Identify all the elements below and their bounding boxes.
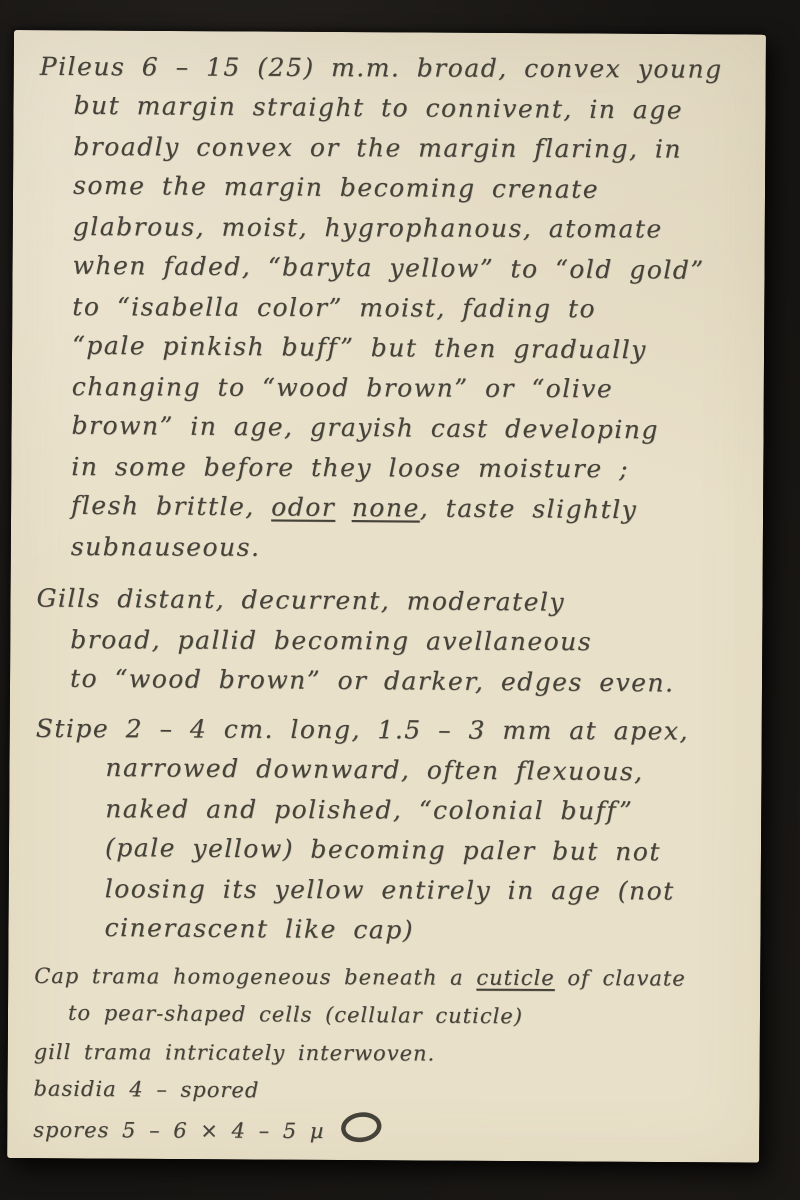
- handwriting-text: some the margin becoming crenate: [73, 171, 599, 204]
- handwriting-text: broadly convex or the margin flaring, in: [73, 132, 682, 163]
- handwriting-text: Pileus 6 – 15 (25) m.m. broad, convex yo…: [40, 52, 723, 84]
- handwriting-line: spores 5 – 6 × 4 – 5 µ: [33, 1109, 751, 1152]
- handwriting-text: cuticle: [476, 966, 554, 990]
- index-card: Pileus 6 – 15 (25) m.m. broad, convex yo…: [7, 30, 766, 1163]
- handwriting-text: basidia 4 – spored: [33, 1077, 259, 1103]
- handwriting-text: to pear-shaped cells (cellular cuticle): [68, 1001, 523, 1029]
- handwriting-line: broadly convex or the margin flaring, in: [73, 127, 757, 170]
- handwriting-text: glabrous, moist, hygrophanous, atomate: [73, 212, 663, 243]
- handwriting-text: brown” in age, grayish cast developing: [71, 411, 659, 445]
- handwriting-text: subnauseous.: [71, 532, 261, 562]
- handwriting-text: to “wood brown” or darker, edges even.: [70, 664, 675, 698]
- handwriting-line: Pileus 6 – 15 (25) m.m. broad, convex yo…: [40, 47, 758, 90]
- handwriting-line: “pale pinkish buff” but then gradually: [72, 326, 756, 371]
- handwriting-text: loosing its yellow entirely in age (not: [105, 874, 675, 905]
- handwriting-line: naked and polished, “colonial buff”: [105, 789, 753, 832]
- handwriting-text: , taste slightly: [420, 494, 638, 525]
- handwriting-text: in some before they loose moisture ;: [71, 452, 629, 483]
- handwriting-text: Cap trama homogeneous beneath a: [34, 964, 476, 990]
- handwriting-line: cinerascent like cap): [104, 908, 752, 953]
- handwriting-line: Gills distant, decurrent, moderately: [36, 579, 754, 625]
- handwriting-line: when faded, “baryta yellow” to “old gold…: [72, 246, 756, 291]
- handwriting-text: of clavate: [555, 966, 686, 991]
- handwriting-line: Cap trama homogeneous beneath a cuticle …: [34, 957, 752, 998]
- handwriting-line: in some before they loose moisture ;: [71, 447, 755, 490]
- handwriting-line: broad, pallid becoming avellaneous: [70, 620, 754, 663]
- handwriting-text: none: [352, 493, 420, 523]
- handwriting-text: Gills distant, decurrent, moderately: [36, 584, 565, 617]
- handwriting-line: some the margin becoming crenate: [73, 166, 757, 211]
- handwriting-text: naked and polished, “colonial buff”: [105, 794, 633, 825]
- handwriting-text: Stipe 2 – 4 cm. long, 1.5 – 3 mm at apex…: [36, 714, 689, 746]
- handwriting-line: brown” in age, grayish cast developing: [71, 406, 755, 451]
- handwriting-text: cinerascent like cap): [104, 913, 414, 944]
- note-lines: Pileus 6 – 15 (25) m.m. broad, convex yo…: [21, 46, 758, 1162]
- handwriting-text: spores 5 – 6 × 4 – 5 µ: [33, 1118, 324, 1143]
- handwriting-line: changing to “wood brown” or “olive: [72, 367, 756, 410]
- handwriting-line: glabrous, moist, hygrophanous, atomate: [73, 207, 757, 250]
- handwriting-text: odor: [271, 492, 335, 522]
- handwriting-line: loosing its yellow entirely in age (not: [105, 869, 753, 912]
- handwriting-line: to “wood brown” or darker, edges even.: [70, 659, 754, 704]
- handwriting-line: but margin straight to connivent, in age: [73, 86, 757, 131]
- handwriting-text: “pale pinkish buff” but then gradually: [72, 331, 647, 365]
- handwriting-text: changing to “wood brown” or “olive: [72, 372, 613, 403]
- handwriting-line: (pale yellow) becoming paler but not: [105, 828, 753, 873]
- handwriting-line: gill trama intricately interwoven.: [34, 1033, 752, 1074]
- handwriting-text: to “isabella color” moist, fading to: [72, 292, 596, 323]
- handwriting-text: but margin straight to connivent, in age: [73, 91, 683, 125]
- spore-oval-drawing: [338, 1110, 384, 1144]
- handwriting-line: narrowed downward, often flexuous,: [105, 748, 753, 793]
- handwriting-line: flesh brittle, odor none, taste slightly: [71, 486, 755, 531]
- handwriting-text: narrowed downward, often flexuous,: [105, 753, 643, 786]
- handwriting-line: Stipe 2 – 4 cm. long, 1.5 – 3 mm at apex…: [36, 709, 754, 752]
- photo-background: { "colors": { "background": "#171513", "…: [0, 0, 800, 1200]
- handwriting-text: gill trama intricately interwoven.: [34, 1040, 436, 1066]
- handwriting-line: basidia 4 – spored: [33, 1070, 751, 1114]
- handwriting-text: flesh brittle,: [71, 491, 271, 522]
- handwriting-text: (pale yellow) becoming paler but not: [105, 833, 661, 866]
- handwriting-text: broad, pallid becoming avellaneous: [70, 625, 592, 656]
- handwriting-line: subnauseous.: [71, 527, 755, 570]
- handwriting-text: when faded, “baryta yellow” to “old gold…: [72, 251, 704, 285]
- handwriting-line: to “isabella color” moist, fading to: [72, 287, 756, 330]
- handwriting-text: [335, 493, 352, 522]
- handwriting-line: to pear-shaped cells (cellular cuticle): [68, 994, 752, 1037]
